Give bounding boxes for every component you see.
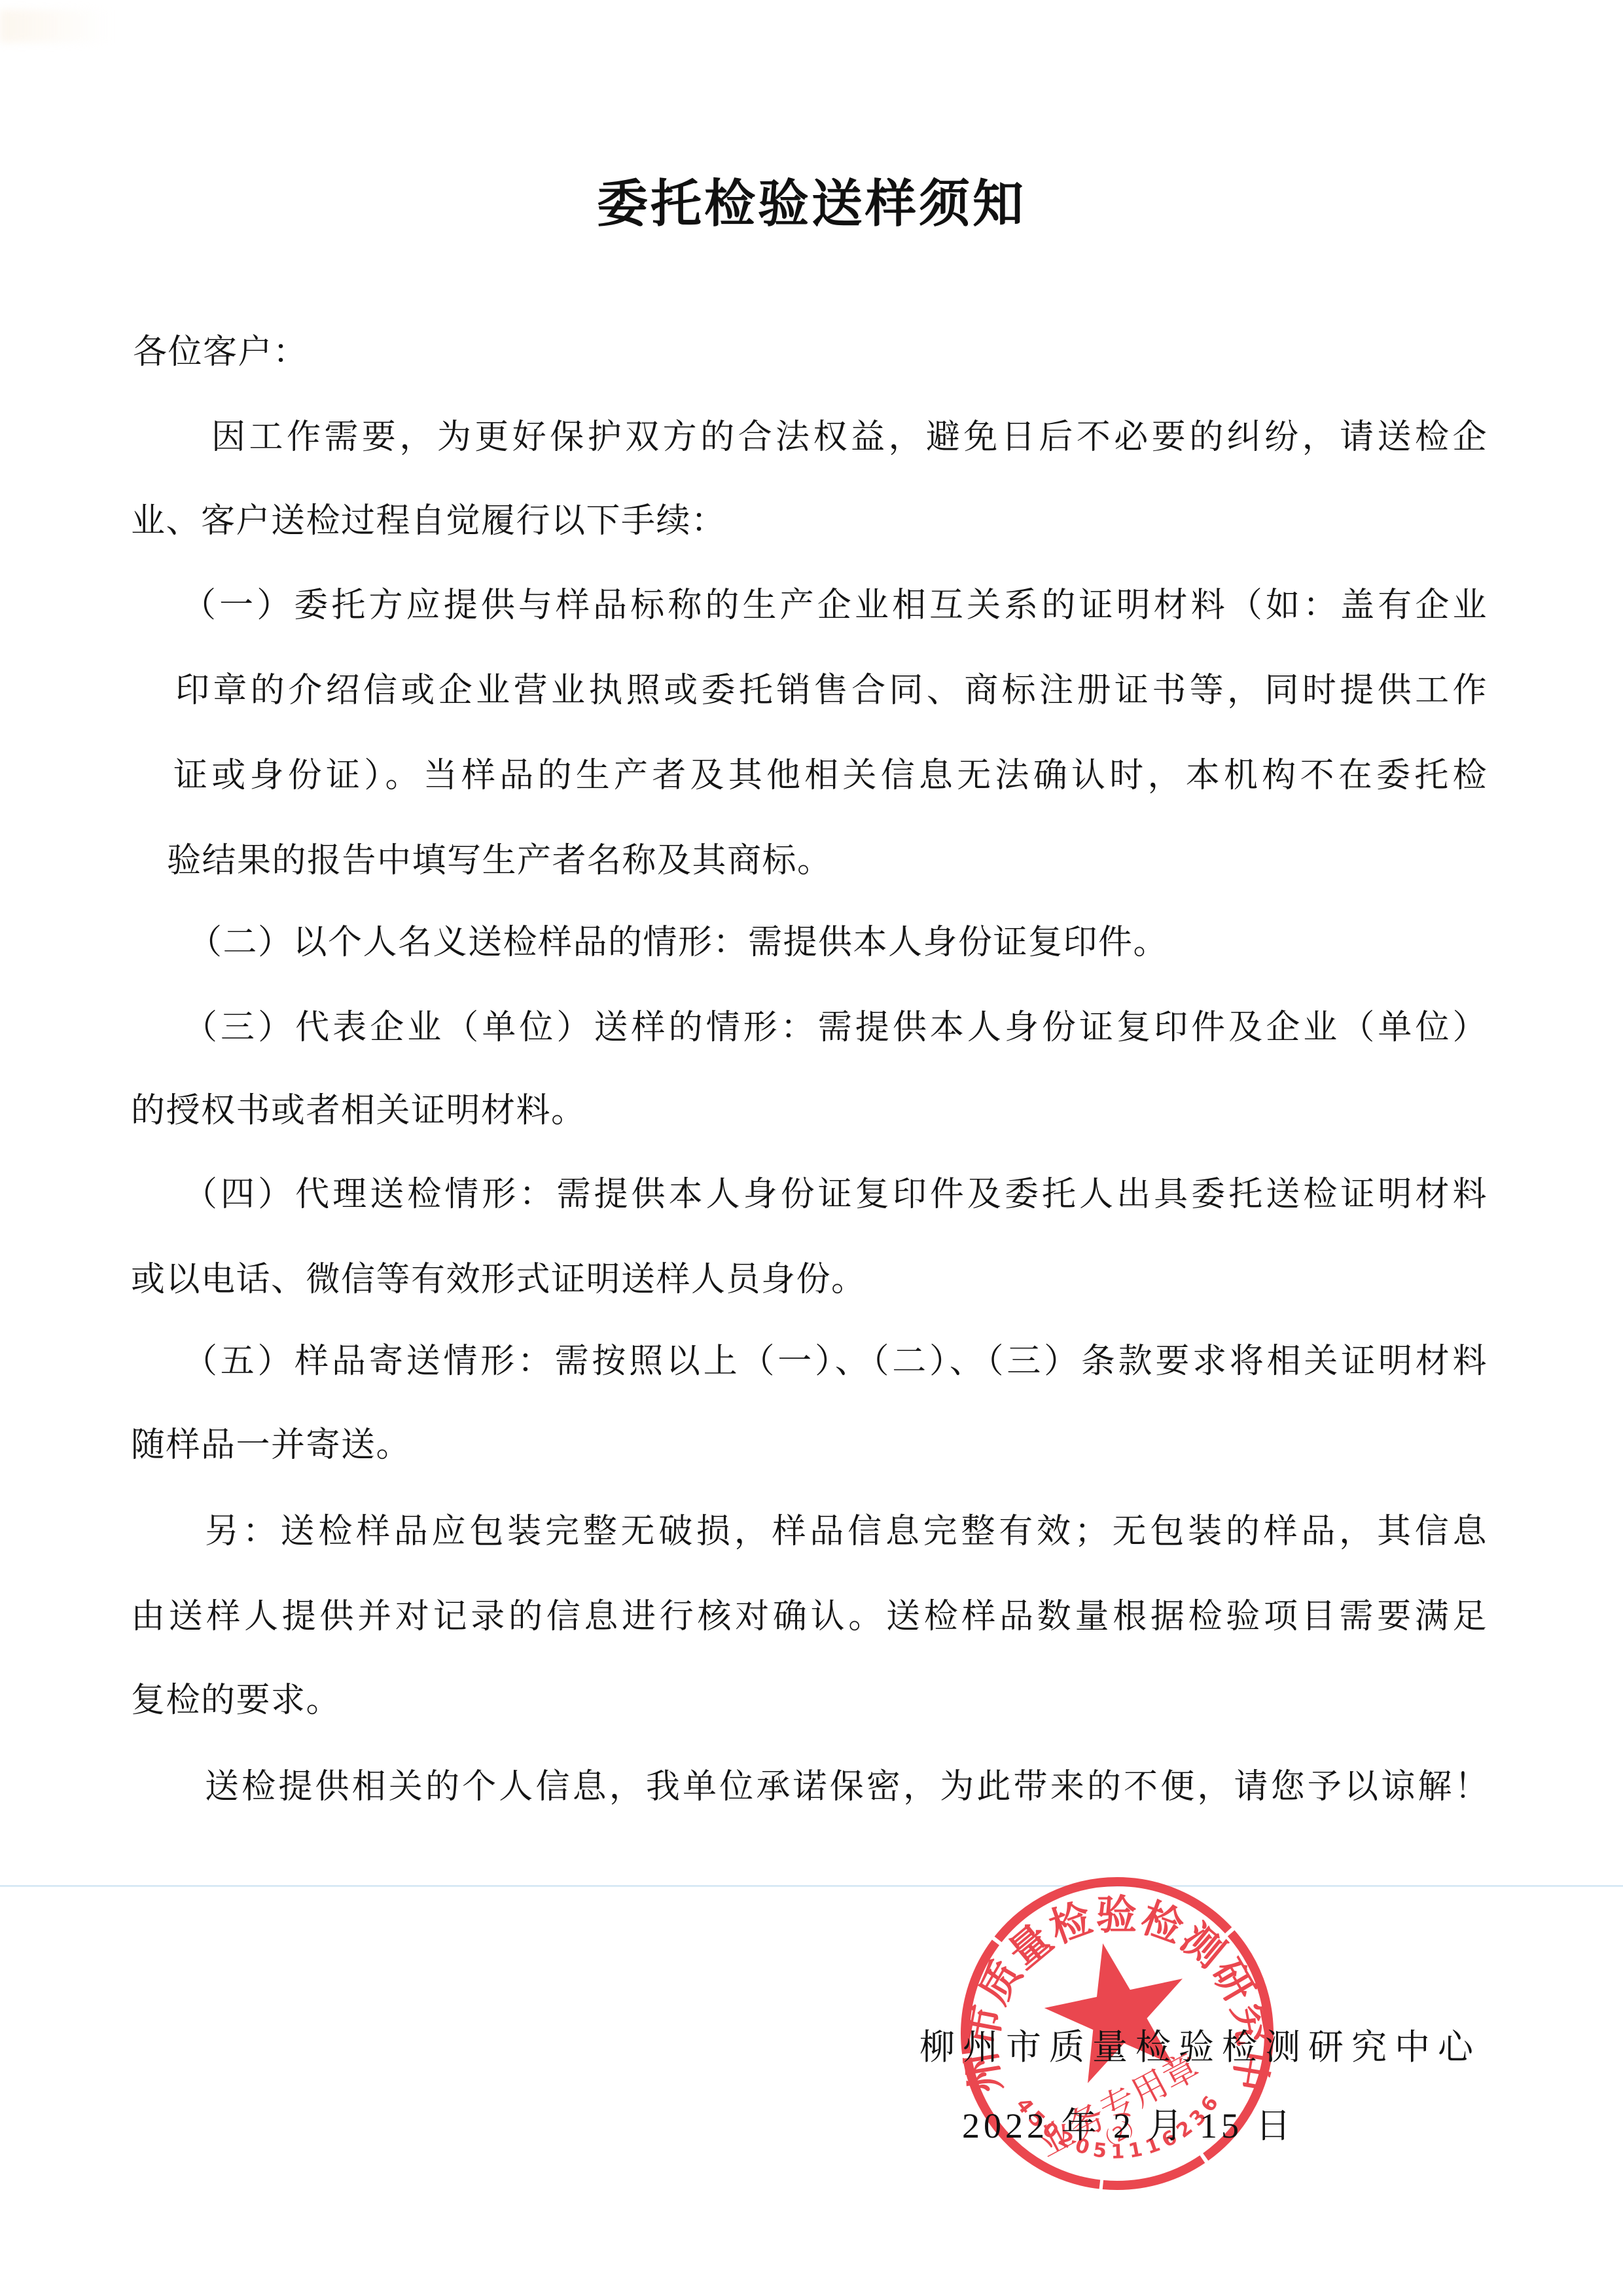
paragraph-line: （二）以个人名义送检样品的情形：需提供本人身份证复印件。 (188, 923, 1168, 962)
paragraph-line: （一）委托方应提供与样品标称的生产企业相互关系的证明材料（如：盖有企业 (182, 586, 1488, 625)
paragraph-line: 由送样人提供并对记录的信息进行核对确认。送检样品数量根据检验项目需要满足 (131, 1597, 1488, 1636)
paragraph-line: （四）代理送检情形：需提供本人身份证复印件及委托人出具委托送检证明材料 (183, 1175, 1488, 1214)
paragraph-line: 因工作需要，为更好保护双方的合法权益，避免日后不必要的纠纷，请送检企 (211, 418, 1488, 457)
salutation: 各位客户： (133, 332, 308, 372)
paragraph-line: （三）代表企业（单位）送样的情形：需提供本人身份证复印件及企业（单位） (183, 1008, 1488, 1047)
paragraph-line: 送检提供相关的个人信息，我单位承诺保密，为此带来的不便，请您予以谅解！ (205, 1767, 1489, 1806)
signature-organization: 柳州市质量检验检测研究中心 (919, 2019, 1481, 2070)
paragraph-line: 另：送检样品应包装完整无破损，样品信息完整有效；无包装的样品，其信息 (205, 1512, 1488, 1551)
paragraph-line: 业、客户送检过程自觉履行以下手续： (131, 501, 726, 541)
document-title: 委托检验送样须知 (0, 171, 1623, 237)
paragraph-line: 随样品一并寄送。 (131, 1426, 411, 1465)
signature-date: 2022 年 2 月 15 日 (962, 2098, 1295, 2148)
paragraph-line: 印章的介绍信或企业营业执照或委托销售合同、商标注册证书等，同时提供工作 (175, 671, 1488, 710)
scan-fold-line (0, 1885, 1623, 1887)
document-page: 委托检验送样须知 各位客户： 因工作需要，为更好保护双方的合法权益，避免日后不必… (0, 0, 1623, 2296)
paragraph-line: 或以电话、微信等有效形式证明送样人员身份。 (131, 1260, 866, 1299)
paragraph-line: （五）样品寄送情形：需按照以上（一）、（二）、（三）条款要求将相关证明材料 (183, 1342, 1488, 1381)
paragraph-line: 的授权书或者相关证明材料。 (131, 1091, 586, 1130)
paragraph-line: 复检的要求。 (131, 1681, 341, 1720)
paragraph-line: 证或身份证）。当样品的生产者及其他相关信息无法确认时，本机构不在委托检 (173, 756, 1488, 795)
scan-artifact (0, 10, 111, 43)
paragraph-line: 验结果的报告中填写生产者名称及其商标。 (167, 841, 832, 880)
